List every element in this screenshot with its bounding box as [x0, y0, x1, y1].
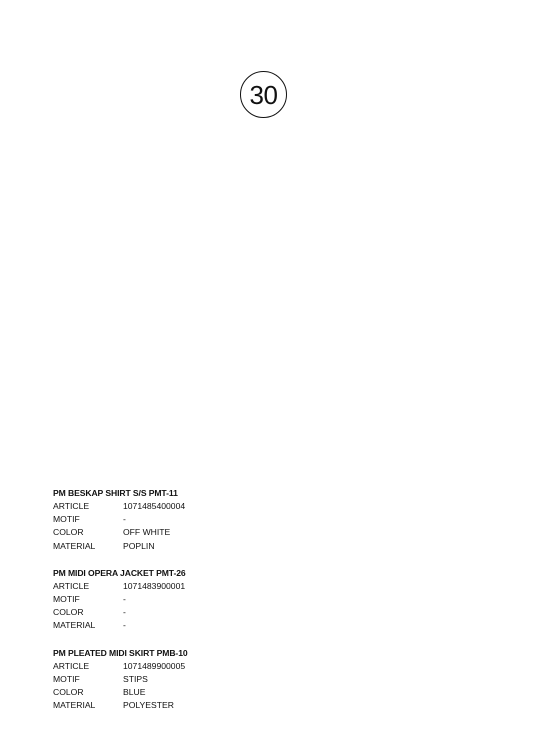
field-label: ARTICLE — [53, 500, 123, 513]
field-value: OFF WHITE — [123, 526, 170, 539]
field-label: MATERIAL — [53, 540, 123, 553]
field-label: MOTIF — [53, 593, 123, 606]
field-label: COLOR — [53, 686, 123, 699]
motif-row: MOTIF STIPS — [53, 673, 188, 686]
field-value: - — [123, 619, 126, 632]
material-row: MATERIAL POPLIN — [53, 540, 188, 553]
field-label: MOTIF — [53, 673, 123, 686]
color-row: COLOR BLUE — [53, 686, 188, 699]
material-row: MATERIAL POLYESTER — [53, 699, 188, 712]
field-value: - — [123, 513, 126, 526]
field-label: ARTICLE — [53, 660, 123, 673]
color-row: COLOR OFF WHITE — [53, 526, 188, 539]
field-value: POLYESTER — [123, 699, 174, 712]
field-value: 1071485400004 — [123, 500, 185, 513]
product-list: PM BESKAP SHIRT S/S PMT-11 ARTICLE 10714… — [53, 487, 188, 726]
field-value: - — [123, 606, 126, 619]
field-value: POPLIN — [123, 540, 155, 553]
product-title: PM MIDI OPERA JACKET PMT-26 — [53, 567, 188, 580]
motif-row: MOTIF - — [53, 513, 188, 526]
product-item: PM BESKAP SHIRT S/S PMT-11 ARTICLE 10714… — [53, 487, 188, 553]
product-title: PM PLEATED MIDI SKIRT PMB-10 — [53, 647, 188, 660]
motif-row: MOTIF - — [53, 593, 188, 606]
field-label: COLOR — [53, 526, 123, 539]
color-row: COLOR - — [53, 606, 188, 619]
page-number-badge: 30 — [240, 71, 287, 118]
article-row: ARTICLE 1071489900005 — [53, 660, 188, 673]
field-label: MOTIF — [53, 513, 123, 526]
field-value: STIPS — [123, 673, 148, 686]
field-value: - — [123, 593, 126, 606]
field-label: MATERIAL — [53, 699, 123, 712]
field-label: MATERIAL — [53, 619, 123, 632]
field-value: 1071483900001 — [123, 580, 185, 593]
product-item: PM PLEATED MIDI SKIRT PMB-10 ARTICLE 107… — [53, 647, 188, 713]
product-item: PM MIDI OPERA JACKET PMT-26 ARTICLE 1071… — [53, 567, 188, 633]
page-number: 30 — [250, 82, 278, 108]
product-title: PM BESKAP SHIRT S/S PMT-11 — [53, 487, 188, 500]
field-label: COLOR — [53, 606, 123, 619]
material-row: MATERIAL - — [53, 619, 188, 632]
field-value: 1071489900005 — [123, 660, 185, 673]
article-row: ARTICLE 1071485400004 — [53, 500, 188, 513]
article-row: ARTICLE 1071483900001 — [53, 580, 188, 593]
field-label: ARTICLE — [53, 580, 123, 593]
field-value: BLUE — [123, 686, 145, 699]
